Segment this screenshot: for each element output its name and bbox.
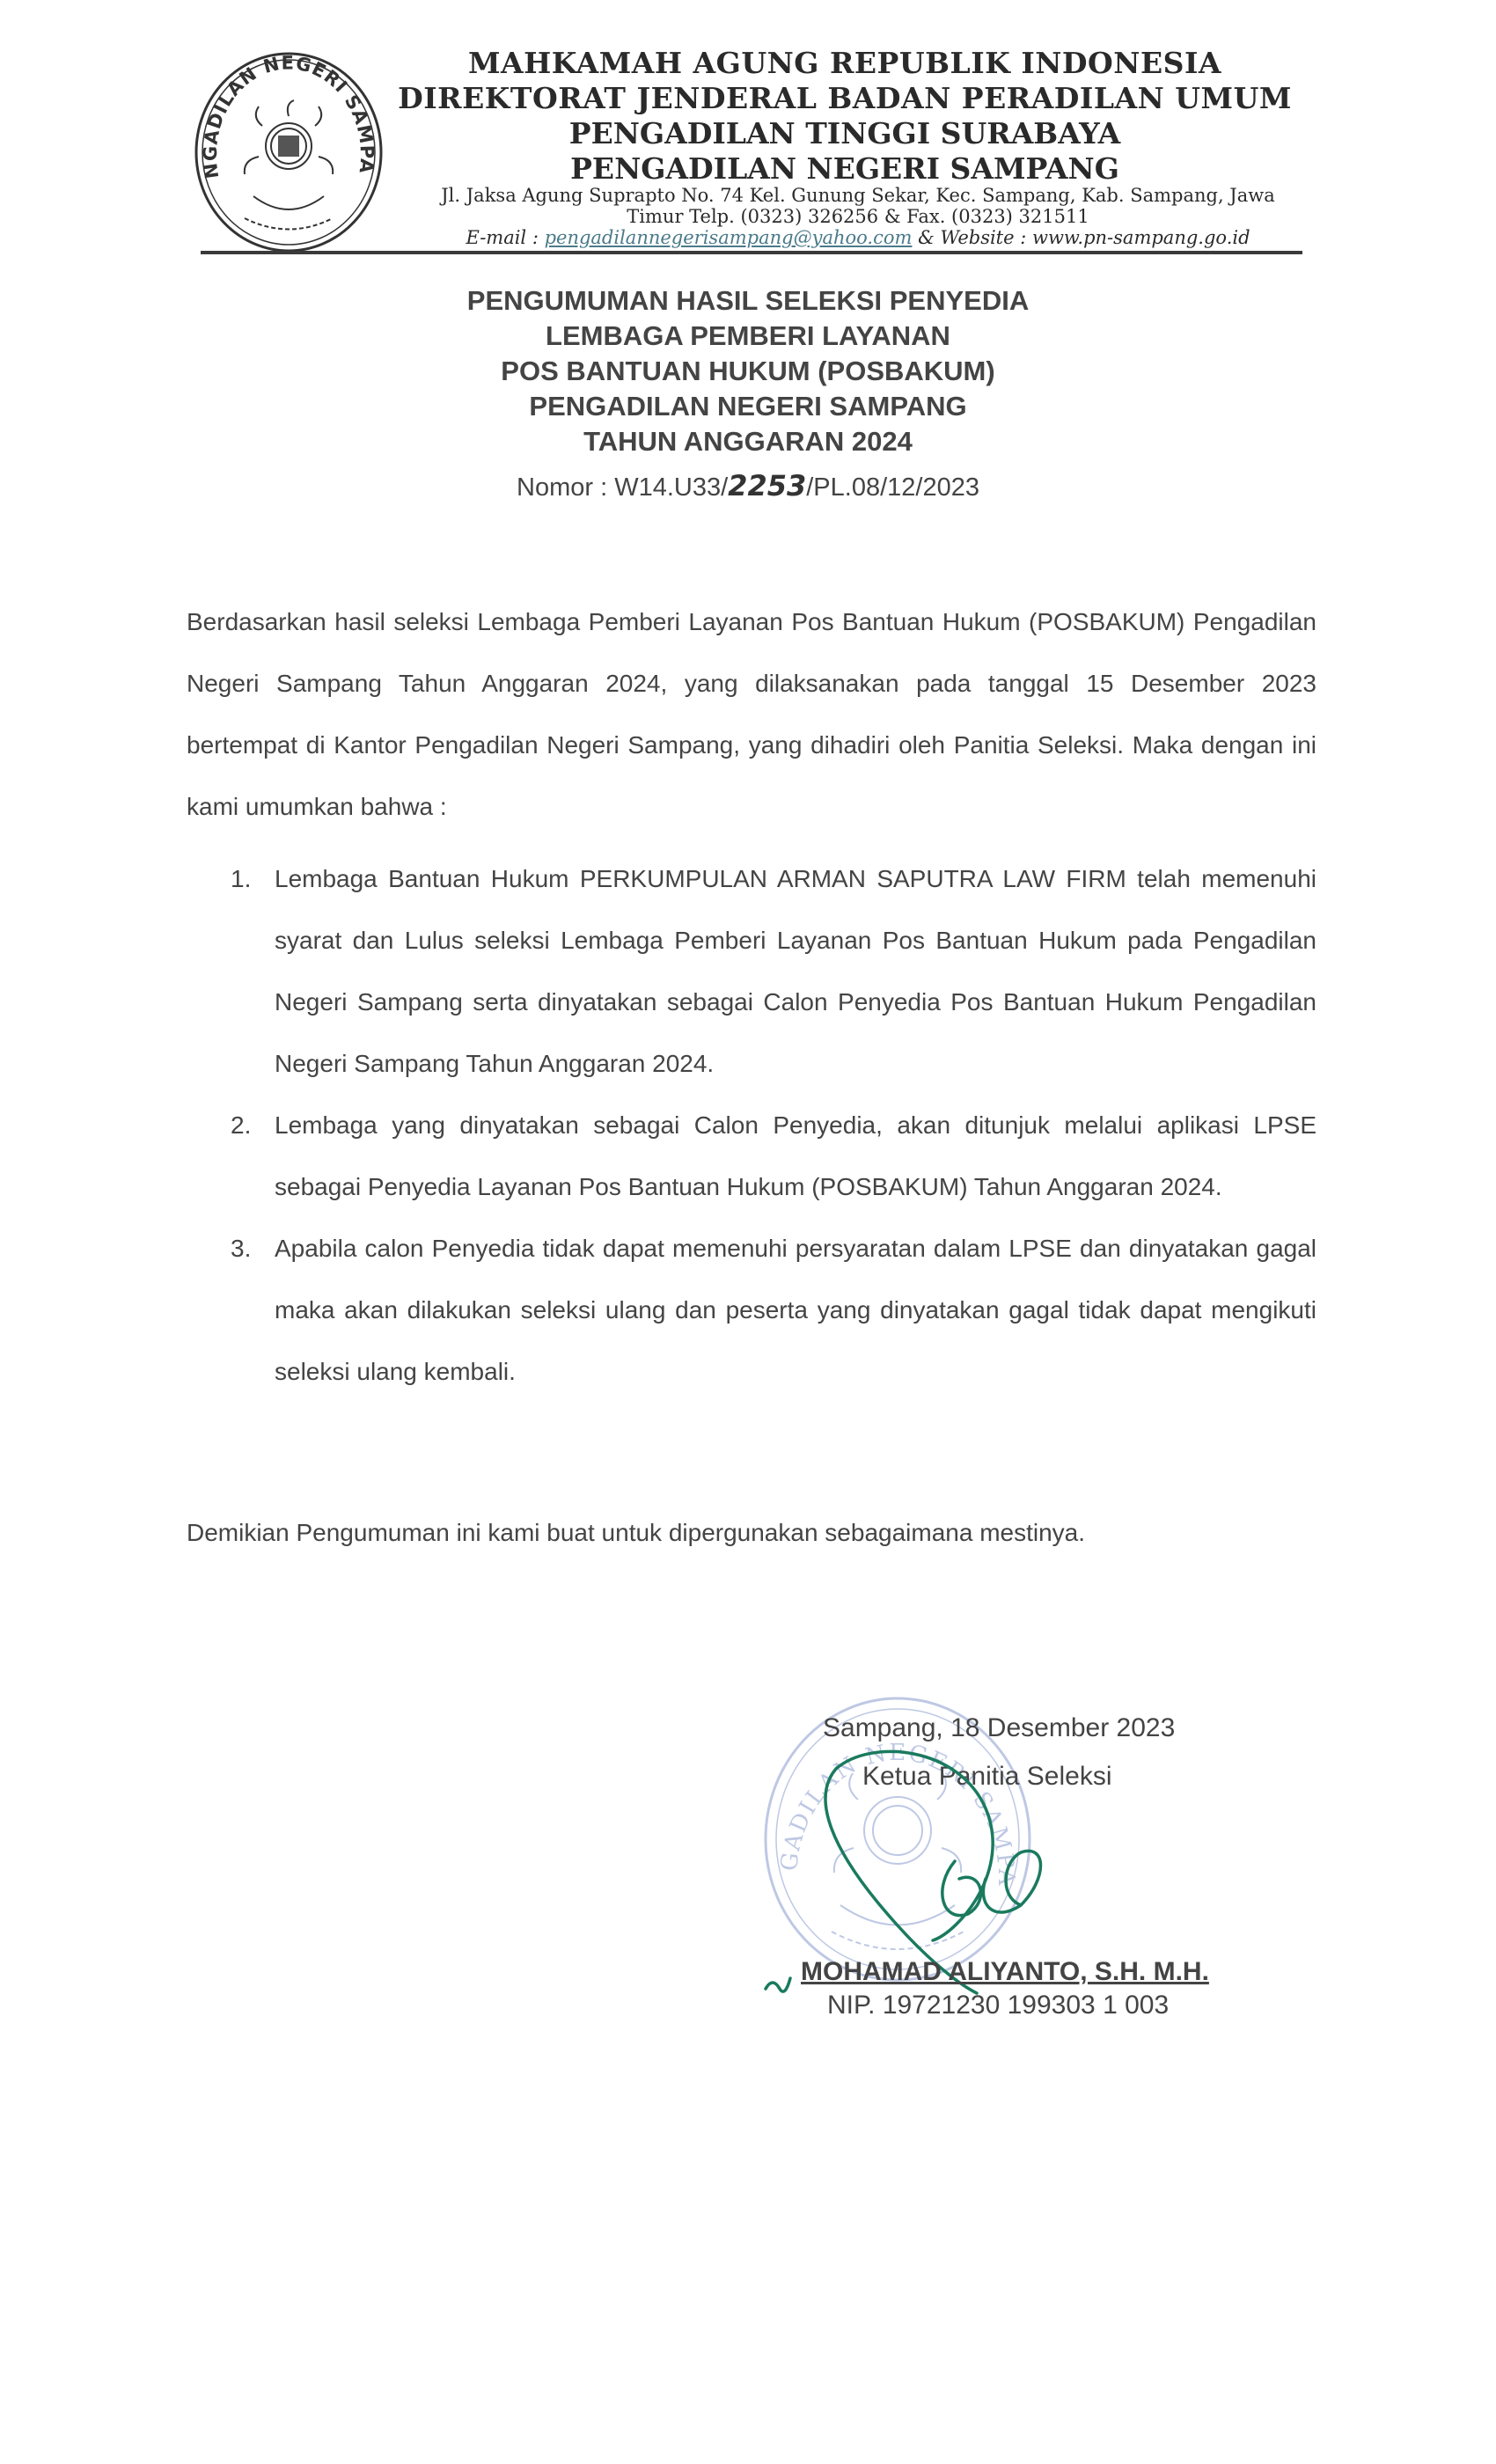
list-number: 3. <box>231 1218 251 1280</box>
svg-text:PENGADILAN NEGERI SAMPANG: PENGADILAN NEGERI SAMPANG <box>183 42 378 180</box>
list-item: 2. Lembaga yang dinyatakan sebagai Calon… <box>211 1095 1316 1218</box>
list-number: 1. <box>231 848 251 910</box>
list-text: Lembaga yang dinyatakan sebagai Calon Pe… <box>275 1111 1316 1200</box>
letterhead-line-2: DIREKTORAT JENDERAL BADAN PERADILAN UMUM <box>370 81 1320 115</box>
list-item: 3. Apabila calon Penyedia tidak dapat me… <box>211 1218 1316 1403</box>
letterhead-line-1: MAHKAMAH AGUNG REPUBLIK INDONESIA <box>370 46 1320 80</box>
document-number: Nomor : W14.U33/2253/PL.08/12/2023 <box>264 469 1232 502</box>
title-line-5: TAHUN ANGGARAN 2024 <box>264 424 1232 459</box>
letterhead-line-4: PENGADILAN NEGERI SAMPANG <box>370 151 1320 186</box>
website-link[interactable]: www.pn-sampang.go.id <box>1032 227 1250 248</box>
court-seal-icon: PENGADILAN NEGERI SAMPANG <box>183 42 394 253</box>
email-link[interactable]: pengadilannegerisampang@yahoo.com <box>545 227 913 248</box>
intro-paragraph: Berdasarkan hasil seleksi Lembaga Pember… <box>187 591 1316 838</box>
list-text: Lembaga Bantuan Hukum PERKUMPULAN ARMAN … <box>275 865 1316 1077</box>
nomor-suffix: /PL.08/12/2023 <box>806 473 979 502</box>
signatory-name: MOHAMAD ALIYANTO, S.H. M.H. <box>801 1957 1209 1987</box>
letterhead-address-2: Timur Telp. (0323) 326256 & Fax. (0323) … <box>396 206 1320 227</box>
announcement-list: 1. Lembaga Bantuan Hukum PERKUMPULAN ARM… <box>211 848 1316 1403</box>
nomor-handwritten: 2253 <box>728 469 806 502</box>
nomor-prefix: Nomor : W14.U33/ <box>517 473 728 502</box>
closing-paragraph: Demikian Pengumuman ini kami buat untuk … <box>187 1515 1316 1551</box>
document-page: PENGADILAN NEGERI SAMPANG MAHKAMAH AGUNG… <box>0 0 1496 2464</box>
title-line-4: PENGADILAN NEGERI SAMPANG <box>264 389 1232 424</box>
letterhead-line-3: PENGADILAN TINGGI SURABAYA <box>370 116 1320 150</box>
list-text: Apabila calon Penyedia tidak dapat memen… <box>275 1235 1316 1385</box>
letterhead-address-1: Jl. Jaksa Agung Suprapto No. 74 Kel. Gun… <box>396 185 1320 206</box>
title-line-2: LEMBAGA PEMBERI LAYANAN <box>264 319 1232 354</box>
title-line-1: PENGUMUMAN HASIL SELEKSI PENYEDIA <box>264 283 1232 319</box>
list-number: 2. <box>231 1095 251 1156</box>
letterhead-contact: E-mail : pengadilannegerisampang@yahoo.c… <box>396 227 1320 248</box>
list-item: 1. Lembaga Bantuan Hukum PERKUMPULAN ARM… <box>211 848 1316 1095</box>
title-line-3: POS BANTUAN HUKUM (POSBAKUM) <box>264 354 1232 389</box>
website-label: & Website : <box>912 227 1032 248</box>
signatory-nip: NIP. 19721230 199303 1 003 <box>827 1991 1169 2020</box>
email-label: E-mail : <box>466 227 544 248</box>
letterhead-divider <box>201 251 1302 254</box>
